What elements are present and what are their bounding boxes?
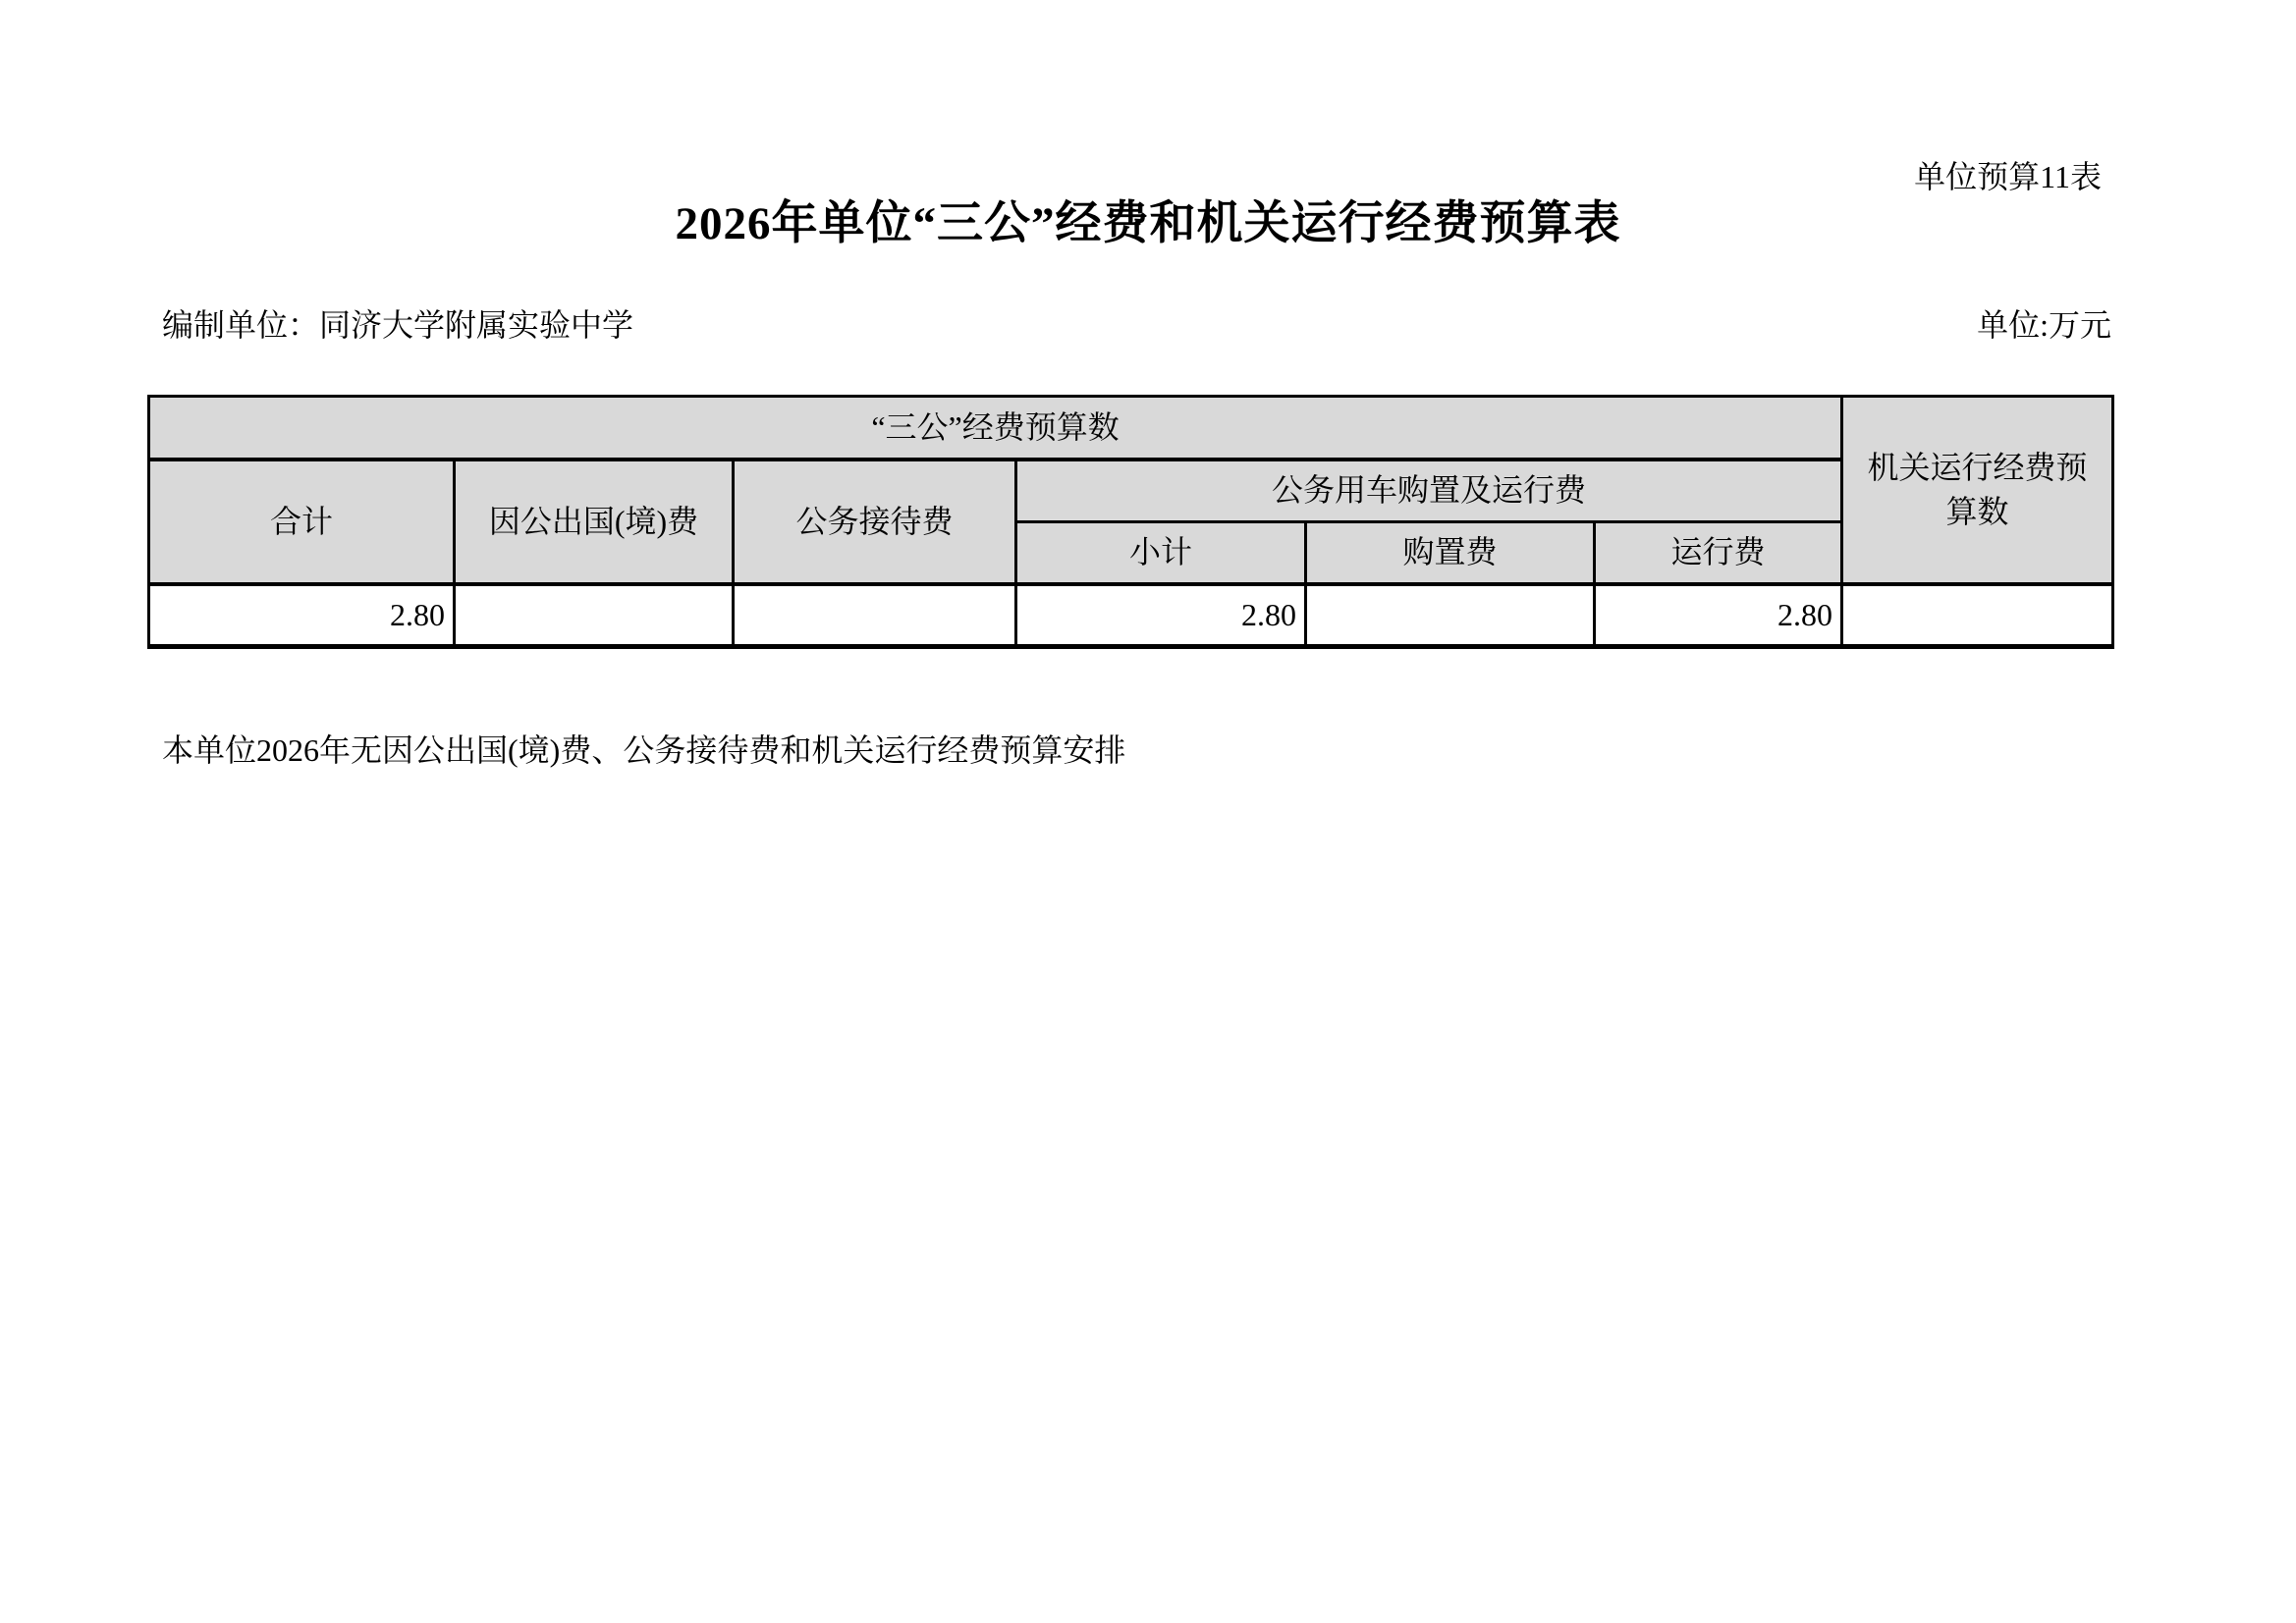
header-vehicle-group: 公务用车购置及运行费 (1016, 460, 1842, 522)
header-agency-operating-budget: 机关运行经费预算数 (1842, 397, 2113, 584)
meta-row: 编制单位：同济大学附属实验中学 单位:万元 (162, 306, 2111, 344)
value-vehicle-subtotal: 2.80 (1016, 584, 1306, 647)
header-vehicle-subtotal: 小计 (1016, 522, 1306, 584)
header-row-1: “三公”经费预算数 机关运行经费预算数 (149, 397, 2113, 460)
value-vehicle-operating: 2.80 (1595, 584, 1842, 647)
value-official-reception (734, 584, 1016, 647)
header-total: 合计 (149, 460, 455, 584)
note-text: 本单位2026年无因公出国(境)费、公务接待费和机关运行经费预算安排 (162, 730, 1125, 772)
value-abroad-expense (455, 584, 734, 647)
header-row-2: 合计 因公出国(境)费 公务接待费 公务用车购置及运行费 (149, 460, 2113, 522)
value-agency-operating-budget (1842, 584, 2113, 647)
prepared-by-label: 编制单位： (162, 307, 319, 343)
form-number-tag: 单位预算11表 (1914, 158, 2102, 195)
prepared-by: 编制单位：同济大学附属实验中学 (162, 306, 633, 344)
budget-document-page: 单位预算11表 2026年单位“三公”经费和机关运行经费预算表 编制单位：同济大… (0, 0, 2296, 1623)
header-official-reception: 公务接待费 (734, 460, 1016, 584)
prepared-by-value: 同济大学附属实验中学 (319, 307, 633, 343)
header-abroad-expense: 因公出国(境)费 (455, 460, 734, 584)
budget-table: “三公”经费预算数 机关运行经费预算数 合计 因公出国(境)费 公务接待费 公务… (147, 395, 2114, 649)
value-total: 2.80 (149, 584, 455, 647)
header-vehicle-purchase: 购置费 (1306, 522, 1595, 584)
header-three-public-group: “三公”经费预算数 (149, 397, 1842, 460)
value-vehicle-purchase (1306, 584, 1595, 647)
header-vehicle-operating: 运行费 (1595, 522, 1842, 584)
page-title: 2026年单位“三公”经费和机关运行经费预算表 (0, 196, 2296, 251)
unit-of-measure-label: 单位:万元 (1977, 306, 2111, 344)
data-row: 2.80 2.80 2.80 (149, 584, 2113, 647)
